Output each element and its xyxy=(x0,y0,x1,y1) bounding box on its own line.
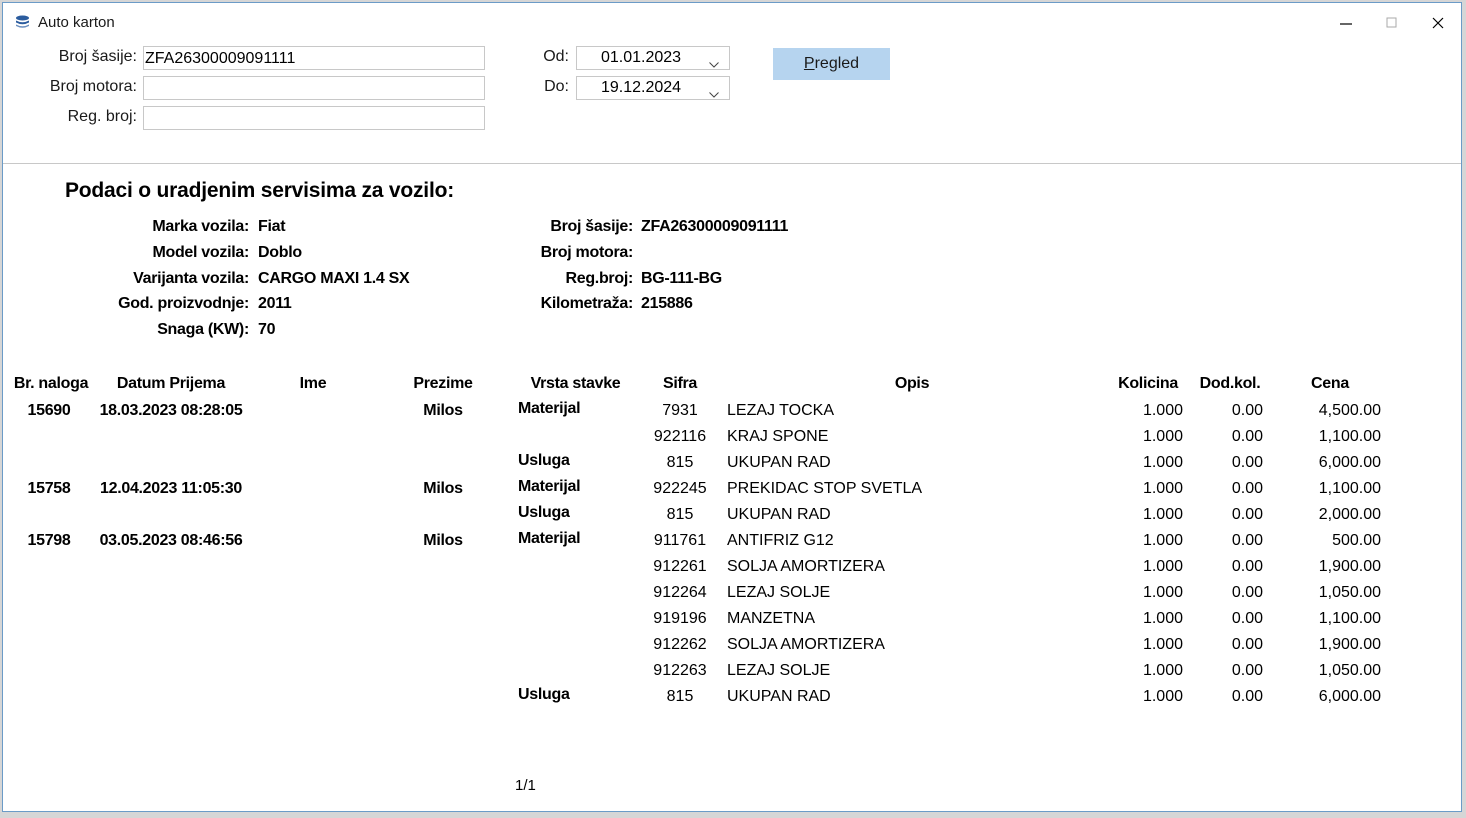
chassis-label: Broj šasije: xyxy=(33,48,137,66)
cell-sifra: 912262 xyxy=(643,636,717,654)
cell-opis: PREKIDAC STOP SVETLA xyxy=(727,480,1057,498)
info-value: Doblo xyxy=(258,244,302,262)
to-date-value: 19.12.2024 xyxy=(601,79,681,97)
info-value: BG-111-BG xyxy=(641,270,722,288)
cell-dodkol: 0.00 xyxy=(1193,558,1263,576)
cell-kolicina: 1.000 xyxy=(1093,610,1183,628)
column-header: Kolicina xyxy=(1103,375,1193,393)
cell-opis: LEZAJ SOLJE xyxy=(727,662,1057,680)
info-label: Reg.broj: xyxy=(473,270,633,288)
cell-kolicina: 1.000 xyxy=(1093,402,1183,420)
info-label: God. proizvodnje: xyxy=(63,295,249,313)
info-value: ZFA26300009091111 xyxy=(641,218,788,236)
column-header: Prezime xyxy=(363,375,523,393)
cell-cena: 1,100.00 xyxy=(1283,610,1381,628)
pregled-label: regled xyxy=(815,55,859,72)
column-header: Ime xyxy=(273,375,353,393)
info-label: Kilometraža: xyxy=(473,295,633,313)
cell-dodkol: 0.00 xyxy=(1193,480,1263,498)
info-value: Fiat xyxy=(258,218,285,236)
cell-sifra: 919196 xyxy=(643,610,717,628)
to-date-label: Do: xyxy=(533,78,569,96)
cell-dodkol: 0.00 xyxy=(1193,532,1263,550)
cell-cena: 500.00 xyxy=(1283,532,1381,550)
cell-vrsta: Materijal xyxy=(518,478,633,496)
chevron-down-icon xyxy=(709,85,719,103)
cell-sifra: 7931 xyxy=(643,402,717,420)
cell-dodkol: 0.00 xyxy=(1193,506,1263,524)
cell-sifra: 815 xyxy=(643,506,717,524)
cell-kolicina: 1.000 xyxy=(1093,480,1183,498)
cell-sifra: 922245 xyxy=(643,480,717,498)
reg-label: Reg. broj: xyxy=(33,108,137,126)
cell-vrsta: Materijal xyxy=(518,530,633,548)
engine-label: Broj motora: xyxy=(33,78,137,96)
cell-opis: KRAJ SPONE xyxy=(727,428,1057,446)
database-icon xyxy=(15,15,30,29)
pregled-button[interactable]: Pregled xyxy=(773,48,890,80)
title-bar[interactable]: Auto karton xyxy=(3,3,1461,41)
cell-sifra: 912263 xyxy=(643,662,717,680)
column-header: Cena xyxy=(1293,375,1367,393)
cell-opis: MANZETNA xyxy=(727,610,1057,628)
cell-opis: SOLJA AMORTIZERA xyxy=(727,636,1057,654)
cell-kolicina: 1.000 xyxy=(1093,688,1183,706)
column-header: Dod.kol. xyxy=(1195,375,1265,393)
cell-prezime: Milos xyxy=(363,480,523,498)
cell-dodkol: 0.00 xyxy=(1193,454,1263,472)
cell-opis: UKUPAN RAD xyxy=(727,506,1057,524)
cell-sifra: 912264 xyxy=(643,584,717,602)
from-date-picker[interactable]: 01.01.2023 xyxy=(576,46,730,70)
column-header: Br. naloga xyxy=(9,375,93,393)
chassis-input[interactable] xyxy=(143,46,485,70)
cell-datum: 03.05.2023 08:46:56 xyxy=(91,532,251,550)
cell-datum: 12.04.2023 11:05:30 xyxy=(91,480,251,498)
column-header: Vrsta stavke xyxy=(523,375,628,393)
cell-nalog: 15758 xyxy=(9,480,89,498)
window-title: Auto karton xyxy=(38,14,115,31)
cell-sifra: 922116 xyxy=(643,428,717,446)
cell-nalog: 15798 xyxy=(9,532,89,550)
page-indicator: 1/1 xyxy=(515,777,536,794)
cell-cena: 1,100.00 xyxy=(1283,480,1381,498)
info-label: Marka vozila: xyxy=(63,218,249,236)
cell-sifra: 912261 xyxy=(643,558,717,576)
cell-cena: 6,000.00 xyxy=(1283,688,1381,706)
cell-vrsta: Usluga xyxy=(518,452,633,470)
cell-nalog: 15690 xyxy=(9,402,89,420)
cell-kolicina: 1.000 xyxy=(1093,532,1183,550)
info-value: 215886 xyxy=(641,295,693,313)
cell-datum: 18.03.2023 08:28:05 xyxy=(91,402,251,420)
column-header: Datum Prijema xyxy=(91,375,251,393)
minimize-button[interactable] xyxy=(1331,11,1361,35)
cell-opis: ANTIFRIZ G12 xyxy=(727,532,1057,550)
app-window: Auto karton Broj šasije: Broj motora: Re… xyxy=(2,2,1462,812)
cell-cena: 4,500.00 xyxy=(1283,402,1381,420)
maximize-button[interactable] xyxy=(1377,11,1407,35)
cell-dodkol: 0.00 xyxy=(1193,636,1263,654)
cell-cena: 1,050.00 xyxy=(1283,584,1381,602)
pregled-accelerator: P xyxy=(804,55,815,72)
cell-kolicina: 1.000 xyxy=(1093,428,1183,446)
cell-dodkol: 0.00 xyxy=(1193,428,1263,446)
from-date-value: 01.01.2023 xyxy=(601,49,681,67)
cell-cena: 1,900.00 xyxy=(1283,636,1381,654)
to-date-picker[interactable]: 19.12.2024 xyxy=(576,76,730,100)
close-button[interactable] xyxy=(1423,11,1453,35)
cell-sifra: 911761 xyxy=(643,532,717,550)
divider xyxy=(3,163,1461,164)
cell-dodkol: 0.00 xyxy=(1193,402,1263,420)
column-header: Opis xyxy=(727,375,1097,393)
info-label: Snaga (KW): xyxy=(63,321,249,339)
cell-kolicina: 1.000 xyxy=(1093,454,1183,472)
info-value: 2011 xyxy=(258,295,292,313)
from-date-label: Od: xyxy=(533,48,569,66)
cell-kolicina: 1.000 xyxy=(1093,584,1183,602)
cell-dodkol: 0.00 xyxy=(1193,688,1263,706)
info-label: Varijanta vozila: xyxy=(63,270,249,288)
cell-prezime: Milos xyxy=(363,402,523,420)
cell-kolicina: 1.000 xyxy=(1093,506,1183,524)
cell-dodkol: 0.00 xyxy=(1193,610,1263,628)
report-title: Podaci o uradjenim servisima za vozilo: xyxy=(65,179,454,203)
cell-sifra: 815 xyxy=(643,688,717,706)
engine-input[interactable] xyxy=(143,76,485,100)
cell-vrsta: Usluga xyxy=(518,504,633,522)
cell-opis: UKUPAN RAD xyxy=(727,688,1057,706)
cell-prezime: Milos xyxy=(363,532,523,550)
info-value: CARGO MAXI 1.4 SX xyxy=(258,270,409,288)
info-label: Broj motora: xyxy=(473,244,633,262)
cell-kolicina: 1.000 xyxy=(1093,662,1183,680)
info-label: Broj šasije: xyxy=(473,218,633,236)
cell-cena: 1,100.00 xyxy=(1283,428,1381,446)
info-value: 70 xyxy=(258,321,275,339)
info-label: Model vozila: xyxy=(63,244,249,262)
cell-opis: LEZAJ TOCKA xyxy=(727,402,1057,420)
cell-opis: UKUPAN RAD xyxy=(727,454,1057,472)
cell-sifra: 815 xyxy=(643,454,717,472)
cell-vrsta: Materijal xyxy=(518,400,633,418)
cell-cena: 6,000.00 xyxy=(1283,454,1381,472)
column-header: Sifra xyxy=(643,375,717,393)
cell-dodkol: 0.00 xyxy=(1193,662,1263,680)
cell-vrsta: Usluga xyxy=(518,686,633,704)
chevron-down-icon xyxy=(709,55,719,73)
cell-cena: 1,900.00 xyxy=(1283,558,1381,576)
cell-kolicina: 1.000 xyxy=(1093,636,1183,654)
reg-input[interactable] xyxy=(143,106,485,130)
cell-cena: 2,000.00 xyxy=(1283,506,1381,524)
cell-opis: SOLJA AMORTIZERA xyxy=(727,558,1057,576)
cell-opis: LEZAJ SOLJE xyxy=(727,584,1057,602)
cell-kolicina: 1.000 xyxy=(1093,558,1183,576)
cell-cena: 1,050.00 xyxy=(1283,662,1381,680)
cell-dodkol: 0.00 xyxy=(1193,584,1263,602)
